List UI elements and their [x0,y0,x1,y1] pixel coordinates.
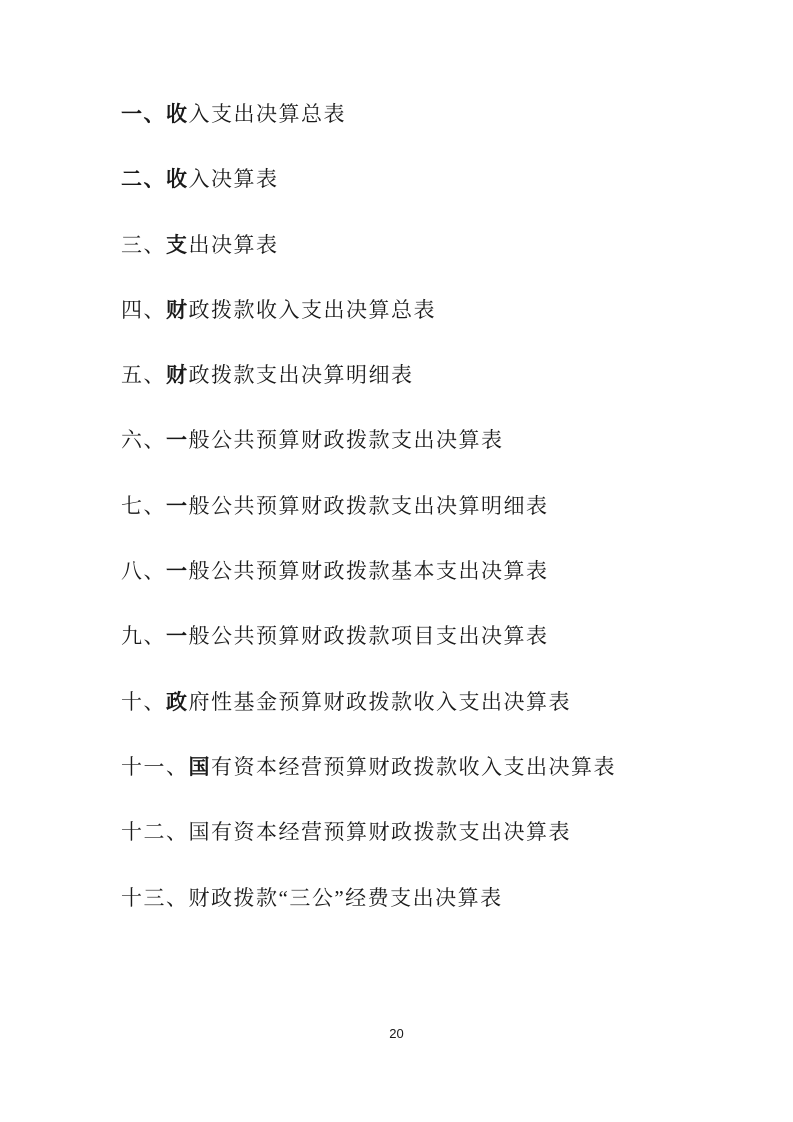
toc-item: 十二、国有资本经营预算财政拨款支出决算表 [121,821,733,843]
toc-item-rest: 政拨款收入支出决算总表 [189,298,437,322]
document-page: 一、收入支出决算总表 二、收入决算表 三、支出决算表 四、财政拨款收入支出决算总… [0,0,793,1122]
toc-item-bold: 一 [166,494,189,518]
toc-item-pre: 五、 [121,363,166,387]
toc-item-bold: 国 [189,755,212,779]
page-number: 20 [0,1026,793,1041]
toc-item-rest: 般公共预算财政拨款基本支出决算表 [189,559,549,583]
toc-item-rest: 政拨款支出决算明细表 [189,363,414,387]
toc-item: 五、财政拨款支出决算明细表 [121,364,733,386]
toc-item-pre: 九、 [121,624,166,648]
toc-item-rest: 出决算表 [189,233,279,257]
toc-item-bold: 财 [166,363,189,387]
toc-item: 六、一般公共预算财政拨款支出决算表 [121,429,733,451]
toc-item-bold: 一、收 [121,102,189,126]
toc-item-rest: 府性基金预算财政拨款收入支出决算表 [189,690,572,714]
toc-item-pre: 六、 [121,428,166,452]
toc-item-rest: 有资本经营预算财政拨款收入支出决算表 [211,755,616,779]
toc-item-bold: 财 [166,298,189,322]
toc-item: 七、一般公共预算财政拨款支出决算明细表 [121,495,733,517]
toc-item: 四、财政拨款收入支出决算总表 [121,299,733,321]
toc-item-bold: 一 [166,559,189,583]
toc-item-pre: 七、 [121,494,166,518]
toc-item-rest: 般公共预算财政拨款支出决算表 [189,428,504,452]
toc-item-pre: 十二、国有资本经营预算财政拨款支出决算表 [121,820,571,844]
toc-item: 二、收入决算表 [121,168,733,190]
toc-item-rest: 般公共预算财政拨款项目支出决算表 [189,624,549,648]
toc-item-bold: 一 [166,428,189,452]
toc-item: 八、一般公共预算财政拨款基本支出决算表 [121,560,733,582]
toc-item-rest: 入支出决算总表 [189,102,347,126]
toc-item-bold: 政 [166,690,189,714]
toc-item: 十、政府性基金预算财政拨款收入支出决算表 [121,691,733,713]
toc-item-rest: 般公共预算财政拨款支出决算明细表 [189,494,549,518]
table-of-contents: 一、收入支出决算总表 二、收入决算表 三、支出决算表 四、财政拨款收入支出决算总… [121,103,733,952]
toc-item: 一、收入支出决算总表 [121,103,733,125]
toc-item-pre: 十三、财政拨款“三公”经费支出决算表 [121,886,503,910]
toc-item-bold: 一 [166,624,189,648]
toc-item-bold: 二、收 [121,167,189,191]
toc-item-pre: 八、 [121,559,166,583]
toc-item: 九、一般公共预算财政拨款项目支出决算表 [121,625,733,647]
toc-item: 十三、财政拨款“三公”经费支出决算表 [121,887,733,909]
toc-item-pre: 三、 [121,233,166,257]
toc-item-pre: 十、 [121,690,166,714]
toc-item-pre: 四、 [121,298,166,322]
toc-item-rest: 入决算表 [189,167,279,191]
toc-item-bold: 支 [166,233,189,257]
toc-item: 三、支出决算表 [121,234,733,256]
toc-item-pre: 十一、 [121,755,189,779]
toc-item: 十一、国有资本经营预算财政拨款收入支出决算表 [121,756,733,778]
